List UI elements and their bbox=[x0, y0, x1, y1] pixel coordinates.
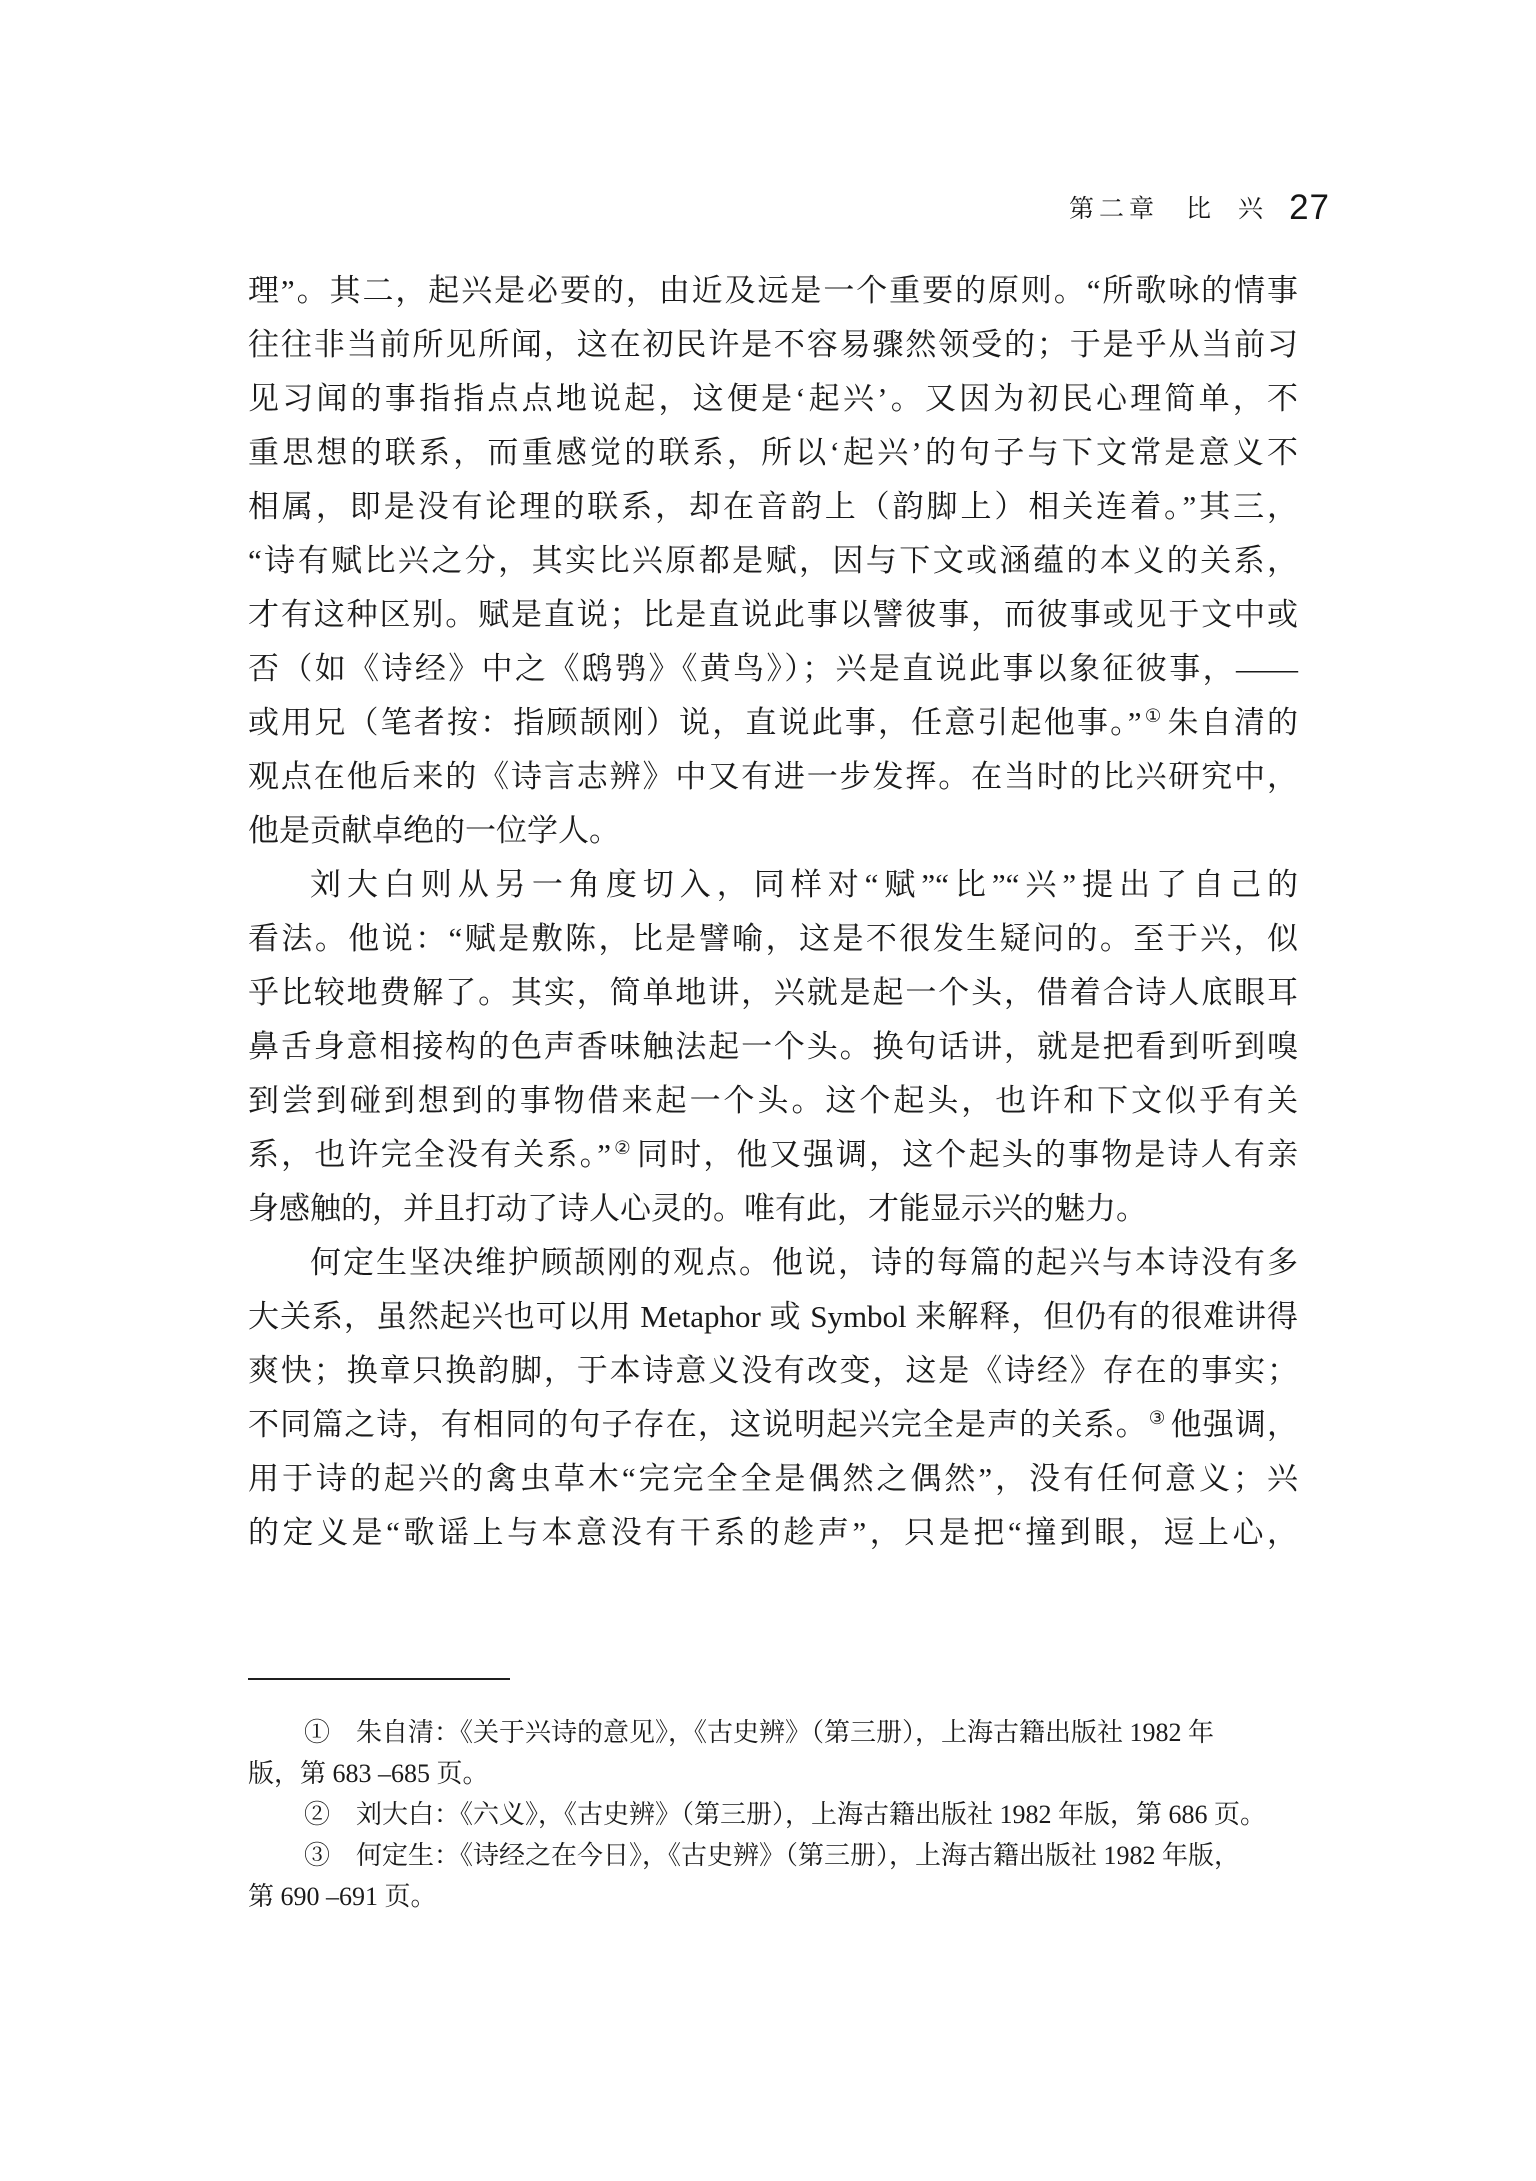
body-line: 观点在他后来的《诗言志辨》中又有进一步发挥。在当时的比兴研究中， bbox=[248, 750, 1298, 804]
header-chapter: 第二章 bbox=[1069, 195, 1159, 223]
body-line: 鼻舌身意相接构的色声香味触法起一个头。换句话讲，就是把看到听到嗅 bbox=[248, 1020, 1298, 1074]
body-line: 的定义是“歌谣上与本意没有干系的趁声”，只是把“撞到眼，逗上心， bbox=[248, 1506, 1298, 1560]
body-text: 理”。其二，起兴是必要的，由近及远是一个重要的原则。“所歌咏的情事往往非当前所见… bbox=[248, 264, 1298, 1560]
body-line: “诗有赋比兴之分，其实比兴原都是赋，因与下文或涵蕴的本义的关系， bbox=[248, 534, 1298, 588]
body-line: 相属，即是没有论理的联系，却在音韵上（韵脚上）相关连着。”其三， bbox=[248, 480, 1298, 534]
body-line: 到尝到碰到想到的事物借来起一个头。这个起头，也许和下文似乎有关 bbox=[248, 1074, 1298, 1128]
body-line: 重思想的联系，而重感觉的联系，所以‘起兴’的句子与下文常是意义不 bbox=[248, 426, 1298, 480]
running-head: 第二章比兴27 bbox=[0, 186, 1330, 226]
body-line: 才有这种区别。赋是直说；比是直说此事以譬彼事，而彼事或见于文中或 bbox=[248, 588, 1298, 642]
body-line: 何定生坚决维护顾颉刚的观点。他说，诗的每篇的起兴与本诗没有多 bbox=[248, 1236, 1298, 1290]
body-line: 理”。其二，起兴是必要的，由近及远是一个重要的原则。“所歌咏的情事 bbox=[248, 264, 1298, 318]
body-line: 爽快；换章只换韵脚，于本诗意义没有改变，这是《诗经》存在的事实； bbox=[248, 1344, 1298, 1398]
body-line: 刘大白则从另一角度切入，同样对“赋”“比”“兴”提出了自己的 bbox=[248, 858, 1298, 912]
footnote-ref-mark: ② bbox=[612, 1138, 633, 1159]
body-line: 乎比较地费解了。其实，简单地讲，兴就是起一个头，借着合诗人底眼耳 bbox=[248, 966, 1298, 1020]
header-term-bi: 比 bbox=[1186, 195, 1211, 223]
footnote-line: ② 刘大白：《六义》，《古史辨》（第三册），上海古籍出版社 1982 年版，第 … bbox=[248, 1794, 1304, 1835]
body-line: 往往非当前所见所闻，这在初民许是不容易骤然领受的；于是乎从当前习 bbox=[248, 318, 1298, 372]
body-line: 系，也许完全没有关系。”②同时，他又强调，这个起头的事物是诗人有亲 bbox=[248, 1128, 1298, 1182]
page-number: 27 bbox=[1289, 188, 1330, 227]
body-line: 不同篇之诗，有相同的句子存在，这说明起兴完全是声的关系。③他强调， bbox=[248, 1398, 1298, 1452]
footnote-separator bbox=[248, 1678, 510, 1680]
header-term-xing: 兴 bbox=[1238, 195, 1263, 223]
body-line: 大关系，虽然起兴也可以用 Metaphor 或 Symbol 来解释，但仍有的很… bbox=[248, 1290, 1298, 1344]
footnote-line: ① 朱自清：《关于兴诗的意见》，《古史辨》（第三册），上海古籍出版社 1982 … bbox=[248, 1712, 1304, 1753]
body-line: 身感触的，并且打动了诗人心灵的。唯有此，才能显示兴的魅力。 bbox=[248, 1182, 1298, 1236]
body-line: 见习闻的事指指点点地说起，这便是‘起兴’。又因为初民心理简单，不 bbox=[248, 372, 1298, 426]
body-line: 否（如《诗经》中之《鸱鸮》《黄鸟》）；兴是直说此事以象征彼事，—— bbox=[248, 642, 1298, 696]
book-page: 第二章比兴27 理”。其二，起兴是必要的，由近及远是一个重要的原则。“所歌咏的情… bbox=[0, 0, 1536, 2181]
body-line: 他是贡献卓绝的一位学人。 bbox=[248, 804, 1298, 858]
footnote-line: 第 690 –691 页。 bbox=[248, 1876, 1304, 1917]
body-line: 看法。他说：“赋是敷陈，比是譬喻，这是不很发生疑问的。至于兴，似 bbox=[248, 912, 1298, 966]
footnote-ref-mark: ③ bbox=[1149, 1408, 1167, 1429]
footnote-ref-mark: ① bbox=[1143, 706, 1164, 727]
footnote-line: 版，第 683 –685 页。 bbox=[248, 1753, 1304, 1794]
body-line: 用于诗的起兴的禽虫草木“完完全全是偶然之偶然”，没有任何意义；兴 bbox=[248, 1452, 1298, 1506]
footnote-line: ③ 何定生：《诗经之在今日》，《古史辨》（第三册），上海古籍出版社 1982 年… bbox=[248, 1835, 1304, 1876]
body-line: 或用兄（笔者按：指顾颉刚）说，直说此事，任意引起他事。”①朱自清的 bbox=[248, 696, 1298, 750]
footnotes: ① 朱自清：《关于兴诗的意见》，《古史辨》（第三册），上海古籍出版社 1982 … bbox=[248, 1712, 1304, 1917]
